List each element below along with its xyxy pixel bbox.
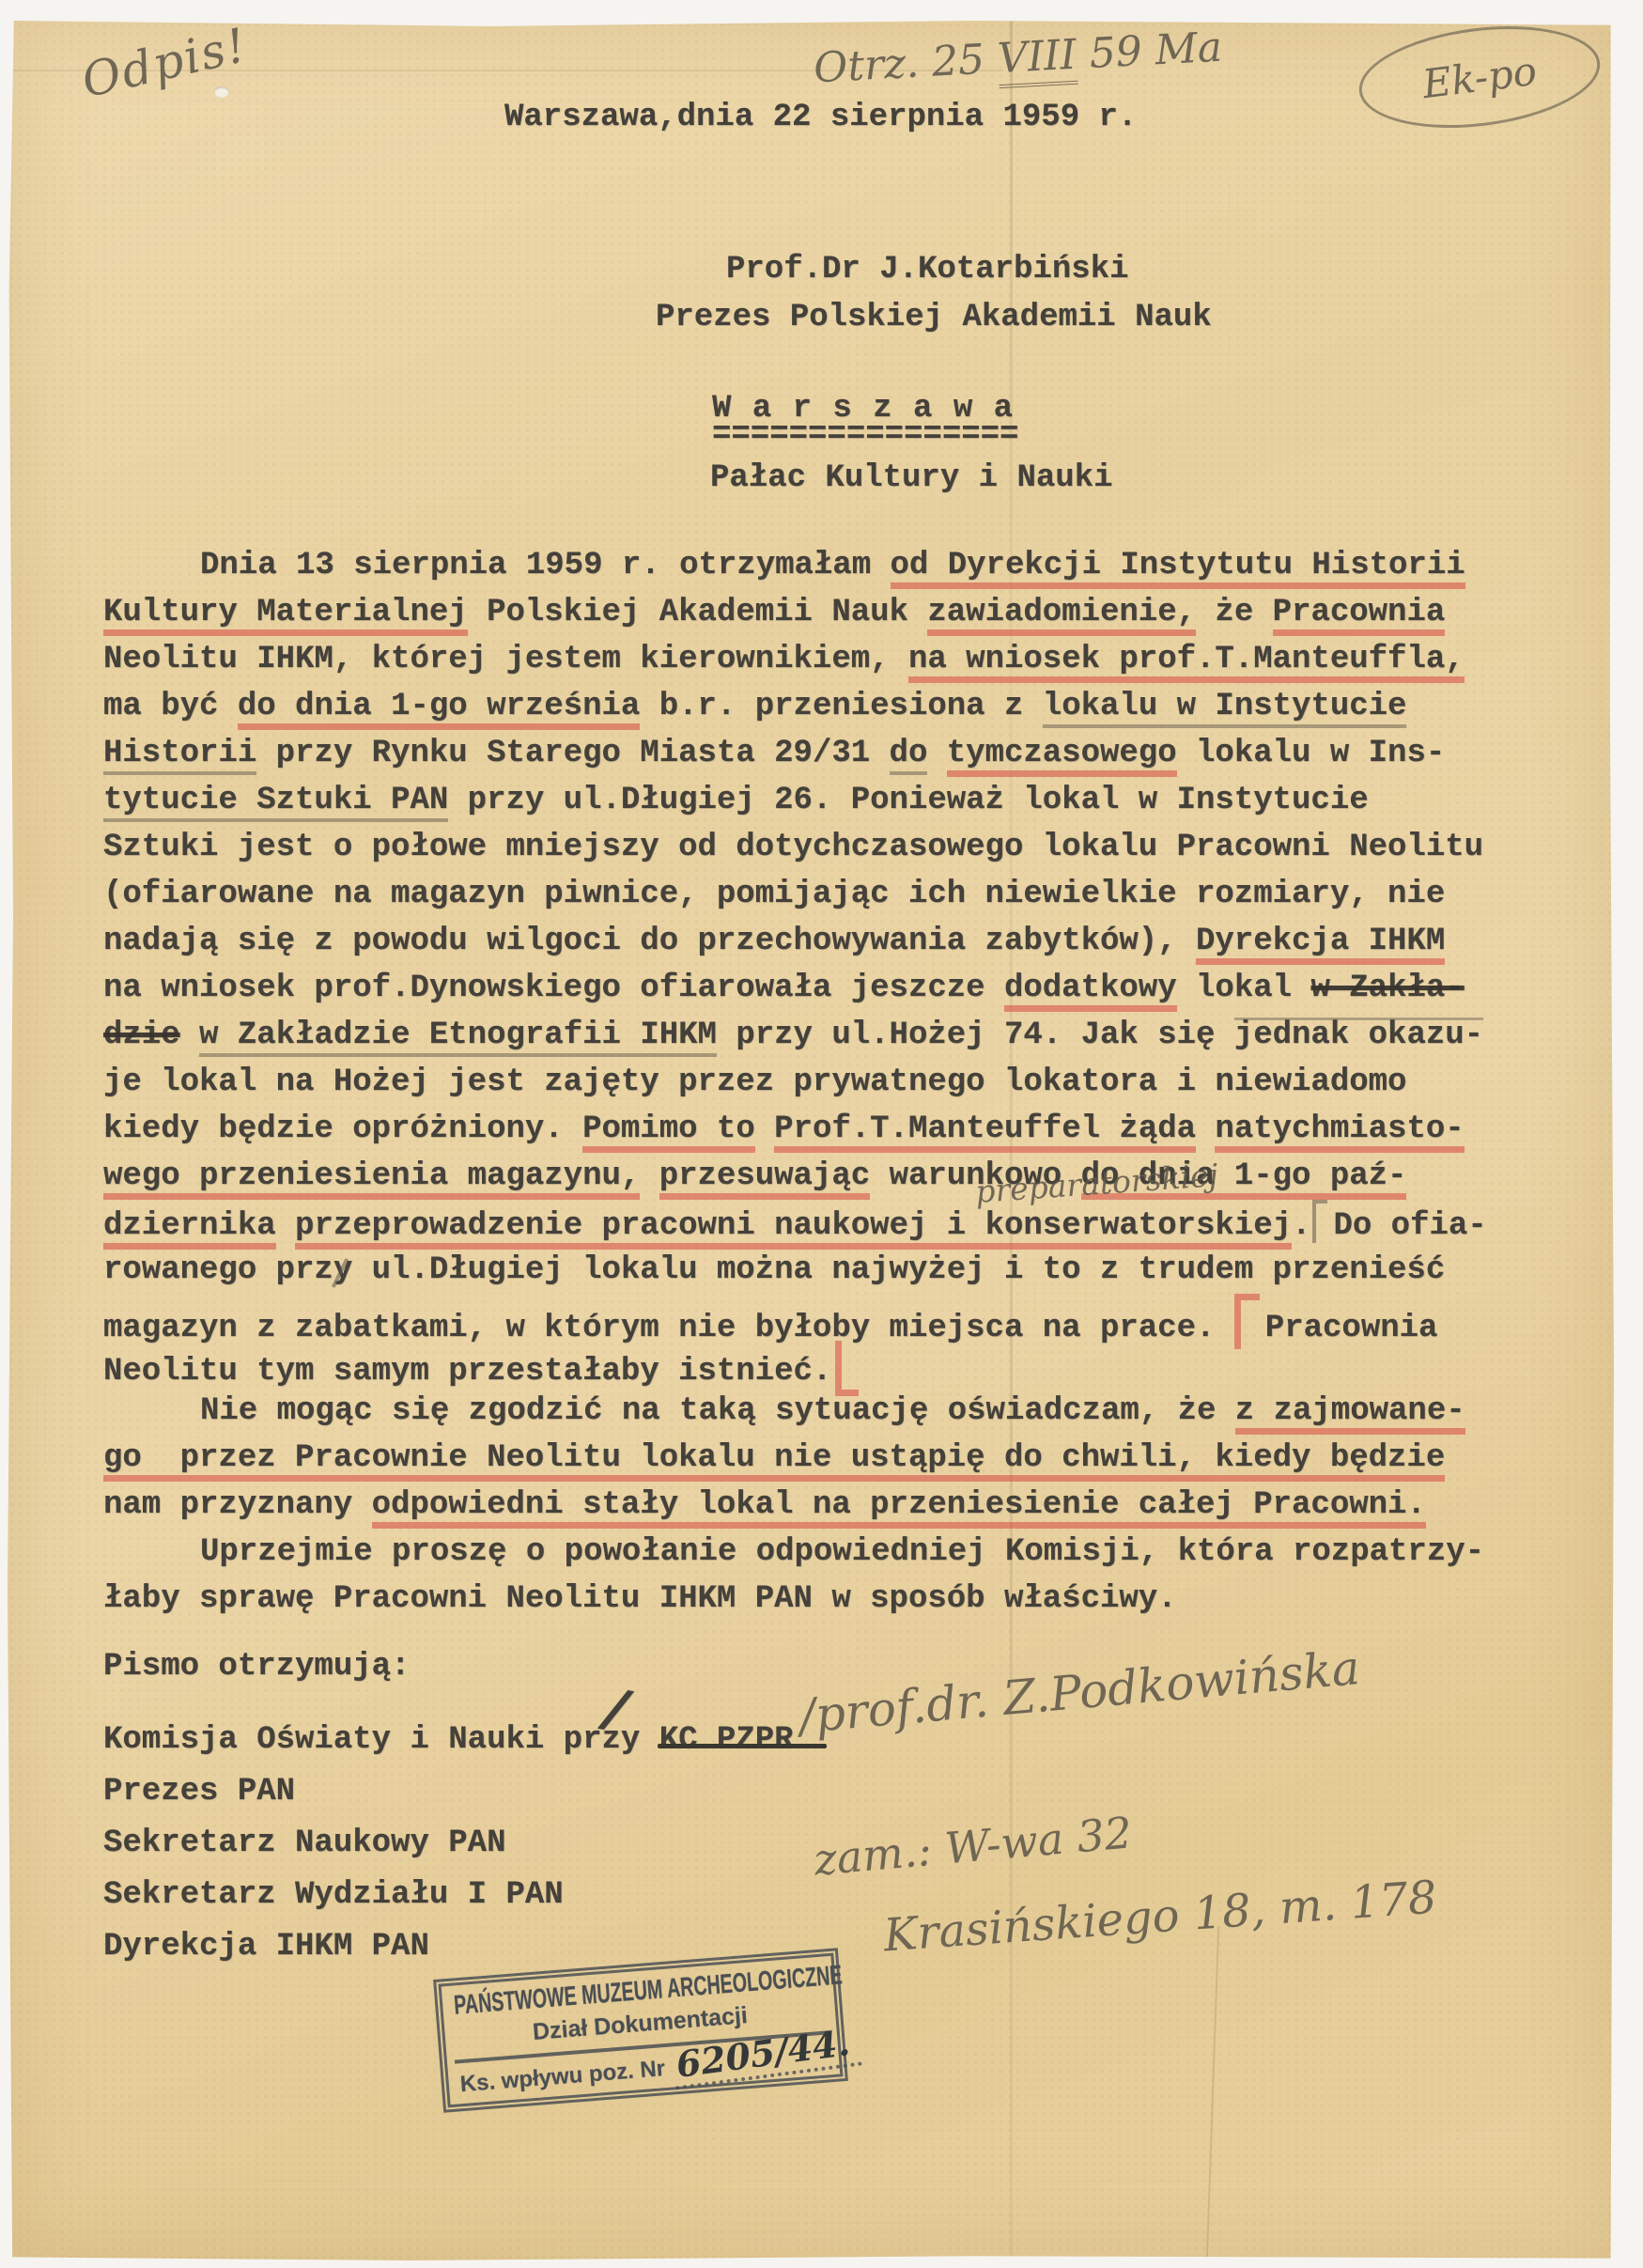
received-note-month: VIII [997,31,1078,88]
body-line: Neolitu tym samym przestałaby istnieć. [103,1341,1487,1388]
body-text-segment: do dnia 1-go września [238,689,640,730]
body-text-segment: Sztuki jest o połowe mniejszy od dotychc… [103,830,1483,865]
body-text-segment: w Zakładzie Etnografii IHKM [199,1017,717,1057]
body-line: wego przeniesienia magazynu, przesuwając… [103,1153,1487,1200]
recipient-address: Pałac Kultury i Nauki [710,460,1112,496]
distribution-item: Sekretarz Wydziału I PAN [103,1870,794,1921]
body-text-segment: natychmiasto- [1215,1111,1464,1153]
fold-crease-bottom-right [1206,1926,1219,2260]
distribution-item: Komisja Oświaty i Nauki przy KC PZPR [103,1715,794,1766]
body-text-segment: lokalu w Instytucie [1043,689,1407,728]
body-text-segment: przeprowadzenie pracowni naukowej i kons… [295,1208,1292,1250]
recipient-name: Prof.Dr J.Kotarbiński [726,252,1128,287]
body-text-segment: tymczasowego [947,736,1177,777]
body-text-segment [276,1208,295,1244]
body-text-segment: tytucie Sztuki PAN [103,783,448,822]
distribution-heading: Pismo otrzymują: [103,1649,410,1685]
body-text-segment: lokal [1177,971,1311,1006]
pencil-bracket-mark [1312,1200,1327,1243]
body-text-segment: od Dyrekcji Instytutu Historii [891,548,1465,589]
body-text-segment: Neolitu IHKM, której jestem kierownikiem… [103,642,908,677]
body-text-segment [1196,1111,1215,1147]
body-text-segment: lokalu w Ins- [1177,736,1446,771]
letter-page: Odpis! Otrz. 25 VIII 59 Ma Ek-po Warszaw… [8,21,1614,2260]
body-text-segment: (ofiarowane na magazyn piwnice, pomijają… [103,877,1445,912]
recipient-title: Prezes Polskiej Akademii Nauk [656,300,1212,335]
body-line: Uprzejmie proszę o powołanie odpowiednie… [103,1529,1487,1576]
body-text-segment: Pomimo to [582,1111,755,1153]
handwritten-signature: /prof.dr. Z.Podkowińska [798,1640,1362,1744]
body-text-segment: b.r. przeniesiona z [640,689,1042,724]
body-line: Nie mogąc się zgodzić na taką sytuację o… [103,1388,1487,1435]
body-line: dzie w Zakładzie Etnografii IHKM przy ul… [103,1012,1487,1059]
body-line: nam przyznany odpowiedni stały lokal na … [103,1482,1487,1529]
body-text-segment: przesuwając [659,1158,870,1200]
body-line: rowanego przy ul.Długiej lokalu można na… [103,1247,1487,1294]
body-text-segment: przy Rynku Starego Miasta 29/31 [256,736,889,771]
paper-hole [214,86,229,98]
body-text-segment: kiedy będzie opróżniony. [103,1111,582,1147]
body-text-segment: . [1292,1208,1310,1244]
body-line: Historii przy Rynku Starego Miasta 29/31… [103,730,1487,777]
body-text-segment: odpowiedni stały lokal na przeniesienie … [372,1487,1426,1529]
body-text-segment: je lokal na Hożej jest zajęty przez pryw… [103,1064,1406,1100]
body-line: ma być do dnia 1-go września b.r. przeni… [103,683,1487,730]
body-text-segment: Dyrekcja IHKM [1196,924,1445,965]
body-text-segment: ma być [103,689,238,724]
body-line: tytucie Sztuki PAN przy ul.Długiej 26. P… [103,777,1487,824]
body-text-segment: że [1196,595,1273,630]
body-text-segment: Pracownia [1273,595,1446,636]
body-line: (ofiarowane na magazyn piwnice, pomijają… [103,871,1487,918]
body-line: na wniosek prof.Dynowskiego ofiarowała j… [103,965,1487,1012]
body-text-segment: Uprzejmie proszę o powołanie odpowiednie… [200,1534,1484,1570]
date-line: Warszawa,dnia 22 sierpnia 1959 r. [504,100,1137,135]
received-note-prefix: Otrz. 25 [813,35,999,92]
distribution-item: Prezes PAN [103,1766,794,1818]
body-line: Sztuki jest o połowe mniejszy od dotychc… [103,824,1487,871]
circled-corner-mark: Ek-po [1354,14,1606,141]
body-text-segment: nadają się z powodu wilgoci do przechowy… [103,924,1196,959]
body-line: kiedy będzie opróżniony. Pomimo to Prof.… [103,1106,1487,1153]
body-text-segment: łaby sprawę Pracowni Neolitu IHKM PAN w … [103,1581,1177,1617]
body-line: Dnia 13 sierpnia 1959 r. otrzymałam od D… [103,542,1487,589]
body-text-segment: Historii [103,736,256,775]
body-text-segment: wego przeniesienia magazynu, [103,1158,640,1200]
body-text-segment: Kultury Materialnej [103,595,468,636]
body-text-segment: na wniosek prof.T.Manteuffla, [908,642,1465,683]
body-line: Neolitu IHKM, której jestem kierownikiem… [103,636,1487,683]
body-line: magazyn z zabatkami, w którym nie byłoby… [103,1294,1487,1341]
body-text-segment [927,736,946,771]
handwritten-street-line: Krasińskiego 18, m. 178 [882,1871,1438,1962]
body-text-segment: Do ofia- [1333,1208,1486,1244]
received-note-suffix: 59 Ma [1075,23,1223,79]
distribution-item: Sekretarz Naukowy PAN [103,1818,794,1870]
recipient-city-underline: ================ [712,417,1018,453]
body-text-segment: zawiadomienie, [927,595,1196,636]
body-text-segment: rowanego przy ul.Długiej lokalu można na… [103,1252,1445,1288]
body-text-segment: nam przyznany [103,1487,372,1523]
body-text-segment: Dnia 13 sierpnia 1959 r. otrzymałam [200,548,891,583]
handwritten-received-note: Otrz. 25 VIII 59 Ma [813,23,1223,93]
body-text-segment: z zajmowane- [1235,1393,1465,1435]
body-text-segment: Nie mogąc się zgodzić na taką sytuację o… [200,1393,1235,1429]
distribution-list: Komisja Oświaty i Nauki przy KC PZPRPrez… [103,1715,794,1973]
red-bracket-mark [1234,1294,1260,1349]
body-text-segment [640,1158,659,1194]
body-text-segment: na wniosek prof.Dynowskiego ofiarowała j… [103,971,1004,1006]
body-line: łaby sprawę Pracowni Neolitu IHKM PAN w … [103,1576,1487,1623]
body-line: Kultury Materialnej Polskiej Akademii Na… [103,589,1487,636]
body-text-segment: dodatkowy [1004,971,1177,1012]
letter-body: Dnia 13 sierpnia 1959 r. otrzymałam od D… [103,542,1487,1623]
body-text-segment: jednak okazu- [1234,1017,1483,1053]
body-text-segment: Polskiej Akademii Nauk [468,595,928,630]
stamp-entry-label: Ks. wpływu poz. Nr [459,2056,666,2098]
document-scan: Odpis! Otrz. 25 VIII 59 Ma Ek-po Warszaw… [0,0,1643,2268]
body-text-segment: go przez Pracownie Neolitu lokalu nie us… [103,1440,1445,1482]
body-line: dziernika przeprowadzenie pracowni nauko… [103,1200,1487,1247]
body-text-segment: przy ul.Długiej 26. Ponieważ lokal w Ins… [448,783,1368,818]
body-text-segment [180,1017,199,1053]
body-text-segment: przy ul.Hożej 74. Jak się [717,1017,1234,1053]
body-line: je lokal na Hożej jest zajęty przez pryw… [103,1059,1487,1106]
body-text-segment: Neolitu tym samym przestałaby istnieć. [103,1354,831,1390]
body-line: go przez Pracownie Neolitu lokalu nie us… [103,1435,1487,1482]
body-text-segment: Pracownia [1265,1311,1438,1346]
signature-dash-line [658,1744,827,1748]
body-text-segment: do [890,736,928,775]
body-line: nadają się z powodu wilgoci do przechowy… [103,918,1487,965]
handwritten-residence-line: zam.: W-wa 32 [812,1807,1134,1885]
body-text-segment: dziernika [103,1208,276,1250]
body-text-segment: Prof.T.Manteuffel żąda [774,1111,1196,1153]
corner-mark-text: Ek-po [1420,47,1540,106]
body-text-segment [755,1111,774,1147]
body-text-segment: dzie [103,1017,180,1053]
body-text-segment: w Zakła- [1310,971,1464,1006]
